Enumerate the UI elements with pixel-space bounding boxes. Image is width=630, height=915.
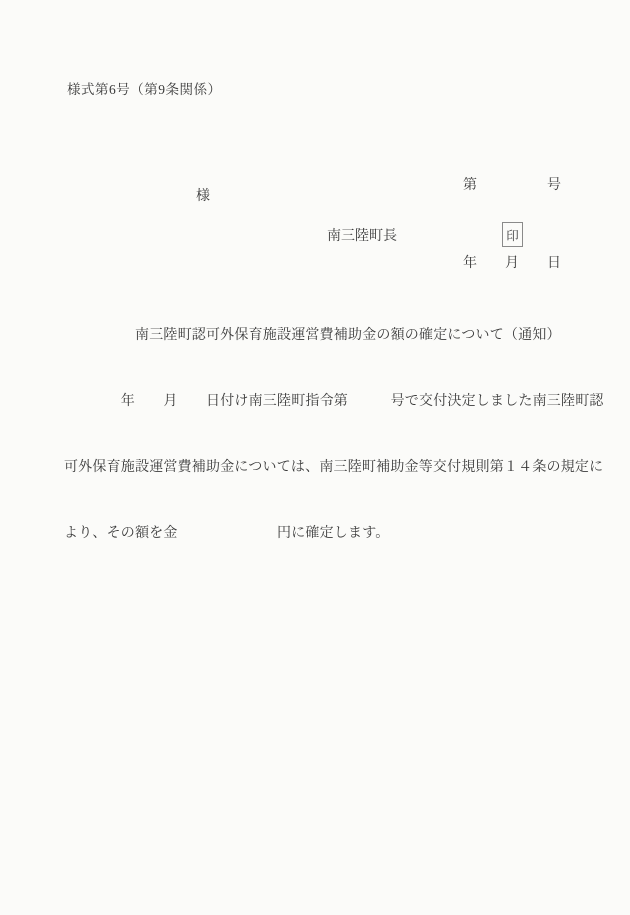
addressee-suffix: 様 bbox=[196, 185, 210, 205]
sender-title: 南三陸町長 bbox=[327, 225, 397, 245]
notice-title-line: 南三陸町認可外保育施設運営費補助金の額の確定について（通知） bbox=[64, 325, 584, 347]
document-number-line: 第 号 bbox=[463, 173, 561, 199]
notice-body: 南三陸町認可外保育施設運営費補助金の額の確定について（通知） 年 月 日付け南三… bbox=[64, 281, 584, 589]
seal-box: 印 bbox=[502, 222, 523, 247]
document-page: 様式第6号（第9条関係） 第 号 年 月 日 様 南三陸町長 印 南三陸町認可外… bbox=[0, 0, 630, 915]
document-date-line: 年 月 日 bbox=[463, 251, 561, 277]
notice-body-line: 年 月 日付け南三陸町指令第 号で交付決定しました南三陸町認 bbox=[64, 391, 584, 413]
seal-label: 印 bbox=[506, 226, 519, 244]
form-number-label: 様式第6号（第9条関係） bbox=[67, 78, 222, 98]
notice-body-line: 可外保育施設運営費補助金については、南三陸町補助金等交付規則第１４条の規定に bbox=[64, 457, 584, 479]
notice-body-line: より、その額を金 円に確定します。 bbox=[64, 523, 584, 545]
